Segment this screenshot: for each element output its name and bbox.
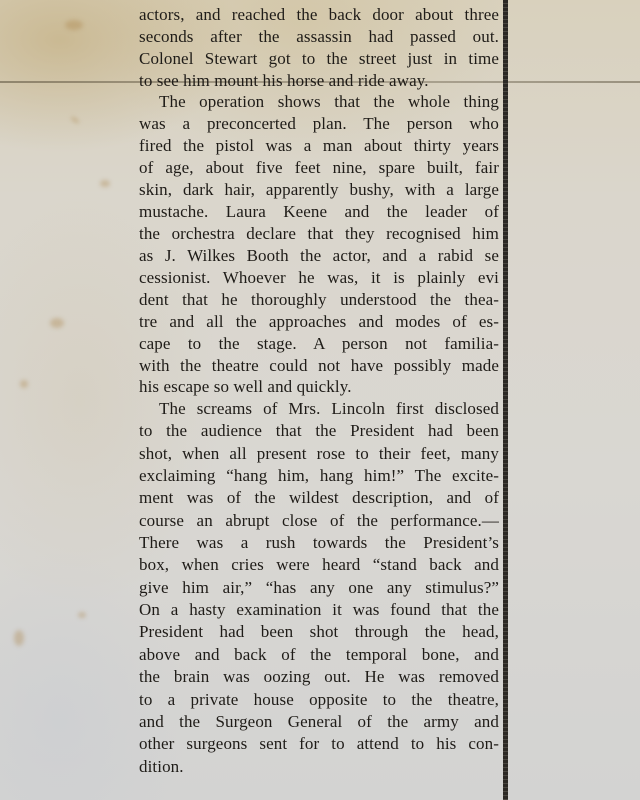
paragraph-start-line: The screams of Mrs. Lincoln first disclo… bbox=[139, 398, 499, 420]
text-line: to see him mount his horse and ride away… bbox=[139, 70, 499, 92]
foxing-stain bbox=[100, 180, 110, 187]
text-line: cessionist. Whoever he was, it is plainl… bbox=[139, 267, 499, 289]
text-line: above and back of the temporal bone, and bbox=[139, 644, 499, 666]
text-line: to a private house opposite to the theat… bbox=[139, 689, 499, 711]
text-line: of age, about five feet nine, spare buil… bbox=[139, 157, 499, 179]
text-line: dition. bbox=[139, 756, 499, 778]
text-line: dent that he thoroughly understood the t… bbox=[139, 289, 499, 311]
text-line: the orchestra declare that they recognis… bbox=[139, 223, 499, 245]
newspaper-clipping: actors, and reached the back door about … bbox=[0, 0, 640, 800]
foxing-stain bbox=[14, 630, 24, 646]
column-rule bbox=[503, 0, 508, 800]
text-line: box, when cries were heard “stand back a… bbox=[139, 554, 499, 576]
foxing-stain bbox=[50, 318, 64, 328]
text-line: to the audience that the President had b… bbox=[139, 420, 499, 442]
text-line: tre and all the approaches and modes of … bbox=[139, 311, 499, 333]
text-line: shot, when all present rose to their fee… bbox=[139, 443, 499, 465]
text-line: actors, and reached the back door about … bbox=[139, 4, 499, 26]
text-line: other surgeons sent for to attend to his… bbox=[139, 733, 499, 755]
text-line: skin, dark hair, apparently bushy, with … bbox=[139, 179, 499, 201]
foxing-stain bbox=[78, 612, 86, 618]
paragraph-start-line: The operation shows that the whole thing bbox=[139, 91, 499, 113]
text-line: Colonel Stewart got to the street just i… bbox=[139, 48, 499, 70]
text-line: ment was of the wildest description, and… bbox=[139, 487, 499, 509]
text-line: was a preconcerted plan. The person who bbox=[139, 113, 499, 135]
foxing-stain bbox=[20, 380, 28, 388]
text-line: On a hasty examination it was found that… bbox=[139, 599, 499, 621]
foxing-stain bbox=[65, 20, 83, 30]
text-line: cape to the stage. A person not familia- bbox=[139, 333, 499, 355]
text-line: mustache. Laura Keene and the leader of bbox=[139, 201, 499, 223]
text-line: seconds after the assassin had passed ou… bbox=[139, 26, 499, 48]
text-line: his escape so well and quickly. bbox=[139, 376, 499, 398]
text-line: President had been shot through the head… bbox=[139, 621, 499, 643]
text-line: give him air,” “has any one any stimulus… bbox=[139, 577, 499, 599]
text-line: There was a rush towards the President’s bbox=[139, 532, 499, 554]
text-line: course an abrupt close of the performanc… bbox=[139, 510, 499, 532]
text-line: exclaiming “hang him, hang him!” The exc… bbox=[139, 465, 499, 487]
text-line: as J. Wilkes Booth the actor, and a rabi… bbox=[139, 245, 499, 267]
text-line: and the Surgeon General of the army and bbox=[139, 711, 499, 733]
text-line: with the theatre could not have possibly… bbox=[139, 355, 499, 377]
text-line: the brain was oozing out. He was removed bbox=[139, 666, 499, 688]
text-line: fired the pistol was a man about thirty … bbox=[139, 135, 499, 157]
